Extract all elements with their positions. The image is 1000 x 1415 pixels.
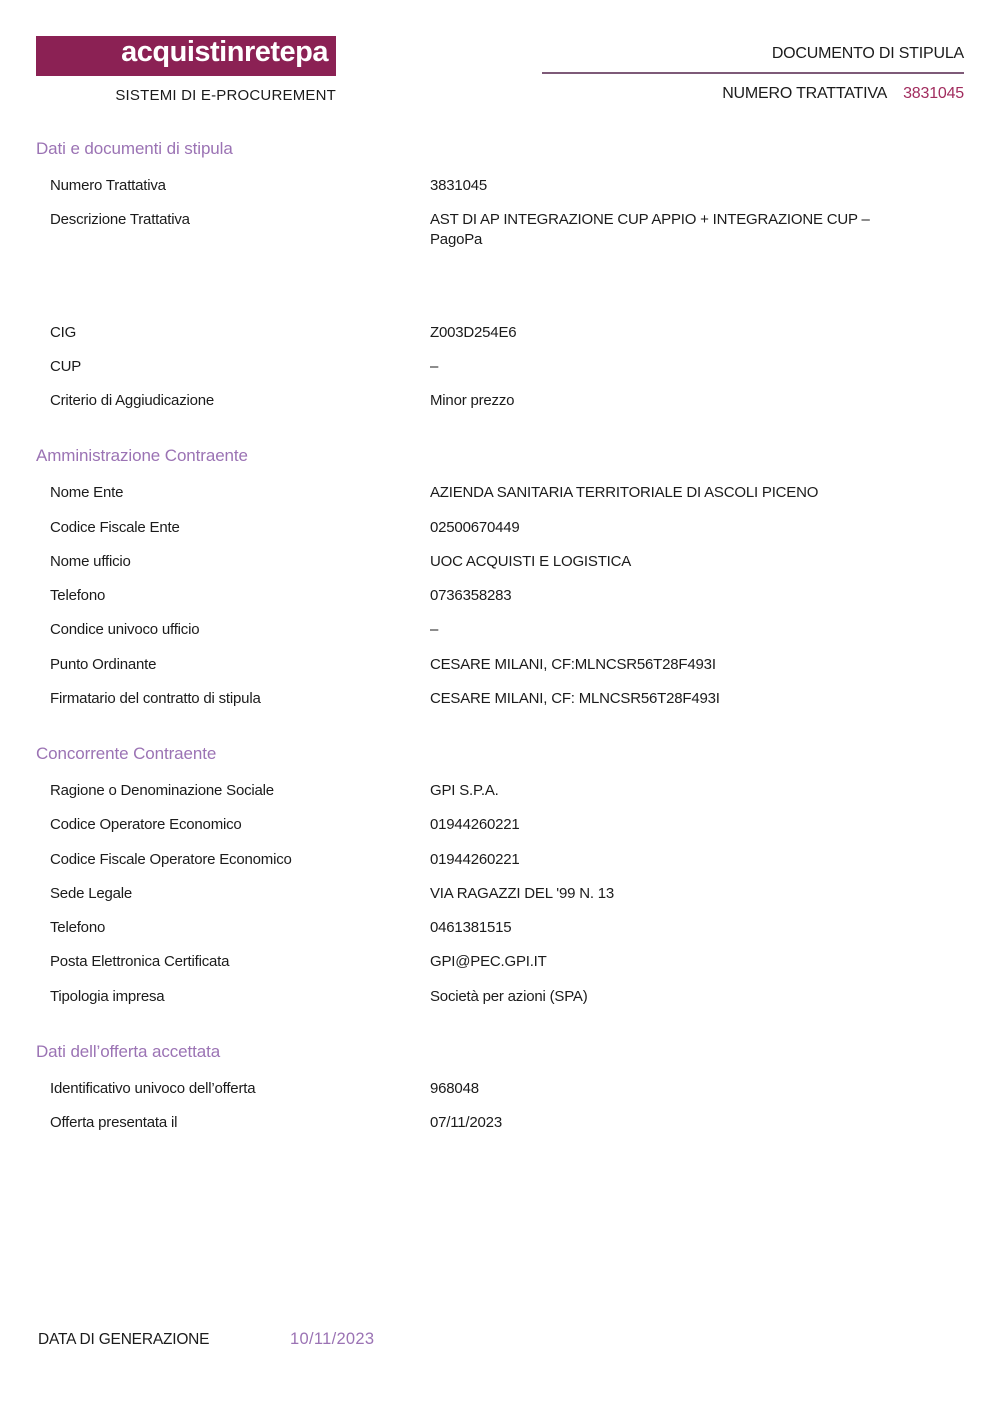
field-value: AST DI AP INTEGRAZIONE CUP APPIO + INTEG… bbox=[430, 210, 900, 251]
field-row: Posta Elettronica CertificataGPI@PEC.GPI… bbox=[36, 952, 964, 972]
field-row: Criterio di AggiudicazioneMinor prezzo bbox=[36, 391, 964, 411]
field-label: Sede Legale bbox=[36, 884, 430, 904]
field-label: Offerta presentata il bbox=[36, 1113, 430, 1133]
field-value: 02500670449 bbox=[430, 518, 900, 538]
field-row: Firmatario del contratto di stipulaCESAR… bbox=[36, 689, 964, 709]
field-label: Criterio di Aggiudicazione bbox=[36, 391, 430, 411]
section: Amministrazione ContraenteNome EnteAZIEN… bbox=[36, 446, 964, 709]
field-label: Descrizione Trattativa bbox=[36, 210, 430, 251]
field-value: 0736358283 bbox=[430, 586, 900, 606]
generation-date-row: DATA DI GENERAZIONE 10/11/2023 bbox=[38, 1330, 374, 1349]
generation-date-label: DATA DI GENERAZIONE bbox=[38, 1331, 290, 1349]
numero-trattativa-value: 3831045 bbox=[903, 85, 964, 102]
field-row: Identificativo univoco dell’offerta96804… bbox=[36, 1079, 964, 1099]
generation-date-value: 10/11/2023 bbox=[290, 1330, 374, 1349]
field-label: Codice Operatore Economico bbox=[36, 815, 430, 835]
field-label: Telefono bbox=[36, 586, 430, 606]
field-row: Telefono0736358283 bbox=[36, 586, 964, 606]
section: Dati dell’offerta accettataIdentificativ… bbox=[36, 1042, 964, 1134]
field-row: Telefono0461381515 bbox=[36, 918, 964, 938]
field-row: CIGZ003D254E6 bbox=[36, 323, 964, 343]
field-value: 01944260221 bbox=[430, 850, 900, 870]
field-label: Codice Fiscale Operatore Economico bbox=[36, 850, 430, 870]
field-row: CUP– bbox=[36, 357, 964, 377]
field-value: Società per azioni (SPA) bbox=[430, 987, 900, 1007]
numero-trattativa-row: NUMERO TRATTATIVA3831045 bbox=[542, 85, 964, 103]
field-row: Condice univoco ufficio– bbox=[36, 620, 964, 640]
field-label: Nome Ente bbox=[36, 483, 430, 503]
field-row: Codice Operatore Economico01944260221 bbox=[36, 815, 964, 835]
field-value: 968048 bbox=[430, 1079, 900, 1099]
field-row: Ragione o Denominazione SocialeGPI S.P.A… bbox=[36, 781, 964, 801]
numero-trattativa-label: NUMERO TRATTATIVA bbox=[722, 85, 887, 102]
document-title: DOCUMENTO DI STIPULA bbox=[542, 45, 964, 63]
field-value: – bbox=[430, 620, 900, 640]
field-label: Condice univoco ufficio bbox=[36, 620, 430, 640]
acquistinretepa-logo: acquistinretepa bbox=[36, 36, 336, 76]
field-label: Posta Elettronica Certificata bbox=[36, 952, 430, 972]
section-title: Concorrente Contraente bbox=[36, 744, 964, 764]
field-value: 3831045 bbox=[430, 176, 900, 196]
field-row: Offerta presentata il07/11/2023 bbox=[36, 1113, 964, 1133]
field-value: VIA RAGAZZI DEL '99 N. 13 bbox=[430, 884, 900, 904]
field-row: Nome EnteAZIENDA SANITARIA TERRITORIALE … bbox=[36, 483, 964, 503]
title-block: DOCUMENTO DI STIPULA NUMERO TRATTATIVA38… bbox=[542, 36, 964, 103]
field-value: UOC ACQUISTI E LOGISTICA bbox=[430, 552, 900, 572]
document-sections: Dati e documenti di stipulaNumero Tratta… bbox=[0, 139, 1000, 1134]
field-label: Ragione o Denominazione Sociale bbox=[36, 781, 430, 801]
stipula-document-page: acquistinretepa SISTEMI DI E-PROCUREMENT… bbox=[0, 0, 1000, 1415]
field-value: CESARE MILANI, CF: MLNCSR56T28F493I bbox=[430, 689, 900, 709]
field-label: Punto Ordinante bbox=[36, 655, 430, 675]
field-row: Punto OrdinanteCESARE MILANI, CF:MLNCSR5… bbox=[36, 655, 964, 675]
field-label: Tipologia impresa bbox=[36, 987, 430, 1007]
field-value: GPI@PEC.GPI.IT bbox=[430, 952, 900, 972]
field-value: – bbox=[430, 357, 900, 377]
field-label: Firmatario del contratto di stipula bbox=[36, 689, 430, 709]
field-value: GPI S.P.A. bbox=[430, 781, 900, 801]
field-value: 07/11/2023 bbox=[430, 1113, 900, 1133]
field-value: Minor prezzo bbox=[430, 391, 900, 411]
field-label: Codice Fiscale Ente bbox=[36, 518, 430, 538]
field-row: Sede LegaleVIA RAGAZZI DEL '99 N. 13 bbox=[36, 884, 964, 904]
section: Dati e documenti di stipulaNumero Tratta… bbox=[36, 139, 964, 412]
field-value: AZIENDA SANITARIA TERRITORIALE DI ASCOLI… bbox=[430, 483, 900, 503]
field-row: Numero Trattativa3831045 bbox=[36, 176, 964, 196]
field-row: Nome ufficioUOC ACQUISTI E LOGISTICA bbox=[36, 552, 964, 572]
title-divider bbox=[542, 72, 964, 74]
field-label: CIG bbox=[36, 323, 430, 343]
field-row: Tipologia impresaSocietà per azioni (SPA… bbox=[36, 987, 964, 1007]
field-label: CUP bbox=[36, 357, 430, 377]
section-title: Amministrazione Contraente bbox=[36, 446, 964, 466]
field-label: Identificativo univoco dell’offerta bbox=[36, 1079, 430, 1099]
section: Concorrente ContraenteRagione o Denomina… bbox=[36, 744, 964, 1007]
field-label: Numero Trattativa bbox=[36, 176, 430, 196]
field-label: Nome ufficio bbox=[36, 552, 430, 572]
field-label: Telefono bbox=[36, 918, 430, 938]
field-value: Z003D254E6 bbox=[430, 323, 900, 343]
field-value: CESARE MILANI, CF:MLNCSR56T28F493I bbox=[430, 655, 900, 675]
field-value: 01944260221 bbox=[430, 815, 900, 835]
logo-subtitle: SISTEMI DI E-PROCUREMENT bbox=[36, 87, 336, 104]
document-header: acquistinretepa SISTEMI DI E-PROCUREMENT… bbox=[0, 0, 1000, 104]
field-value: 0461381515 bbox=[430, 918, 900, 938]
section-title: Dati dell’offerta accettata bbox=[36, 1042, 964, 1062]
logo-block: acquistinretepa SISTEMI DI E-PROCUREMENT bbox=[36, 36, 336, 104]
section-title: Dati e documenti di stipula bbox=[36, 139, 964, 159]
field-row: Codice Fiscale Ente02500670449 bbox=[36, 518, 964, 538]
field-row: Descrizione TrattativaAST DI AP INTEGRAZ… bbox=[36, 210, 964, 251]
field-row: Codice Fiscale Operatore Economico019442… bbox=[36, 850, 964, 870]
